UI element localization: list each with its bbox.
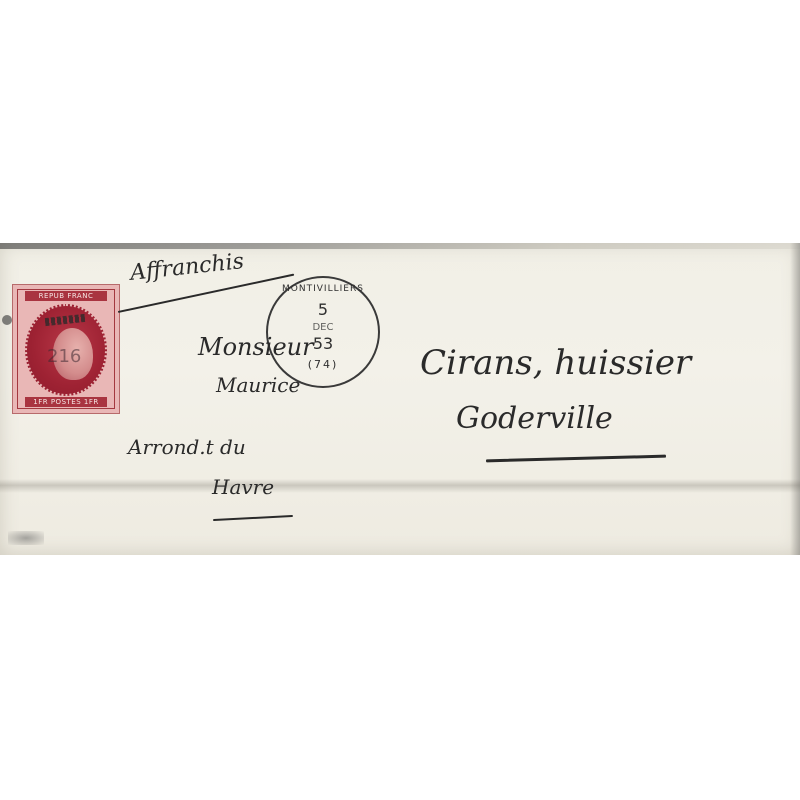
stamp-cancel-number: 216 xyxy=(47,346,81,367)
letter-fold-crease xyxy=(0,479,800,493)
destination-town: Goderville xyxy=(456,401,613,436)
district-underline xyxy=(213,515,293,521)
district-line1: Arrond.t du xyxy=(128,435,246,459)
postmark-month: DEC xyxy=(268,322,378,333)
town-underline xyxy=(486,455,666,463)
stamp-portrait-oval: 216 xyxy=(25,304,107,396)
circular-postmark: MONTIVILLIERS 5 DEC 53 (74) xyxy=(266,276,380,388)
stamp-bottom-text: 1FR POSTES 1FR xyxy=(25,397,107,407)
salutation-line1: Monsieur xyxy=(198,333,314,361)
ink-spot xyxy=(2,315,12,325)
ink-smudge xyxy=(8,531,44,545)
franchise-note: Affranchis xyxy=(129,249,245,286)
stamp-cancel-bars xyxy=(45,314,86,326)
postage-stamp: REPUB FRANC 216 1FR POSTES 1FR xyxy=(12,284,120,414)
postmark-town: MONTIVILLIERS xyxy=(268,284,378,294)
stamp-top-text: REPUB FRANC xyxy=(25,291,107,301)
postmark-day: 5 xyxy=(268,300,378,319)
letter-cover: REPUB FRANC 216 1FR POSTES 1FR Affranchi… xyxy=(0,243,800,555)
district-line2: Havre xyxy=(212,475,274,499)
salutation-line2: Maurice xyxy=(216,373,300,397)
letter-top-edge xyxy=(0,243,800,249)
letter-right-edge xyxy=(790,243,800,555)
recipient-name: Cirans, huissier xyxy=(420,343,691,383)
